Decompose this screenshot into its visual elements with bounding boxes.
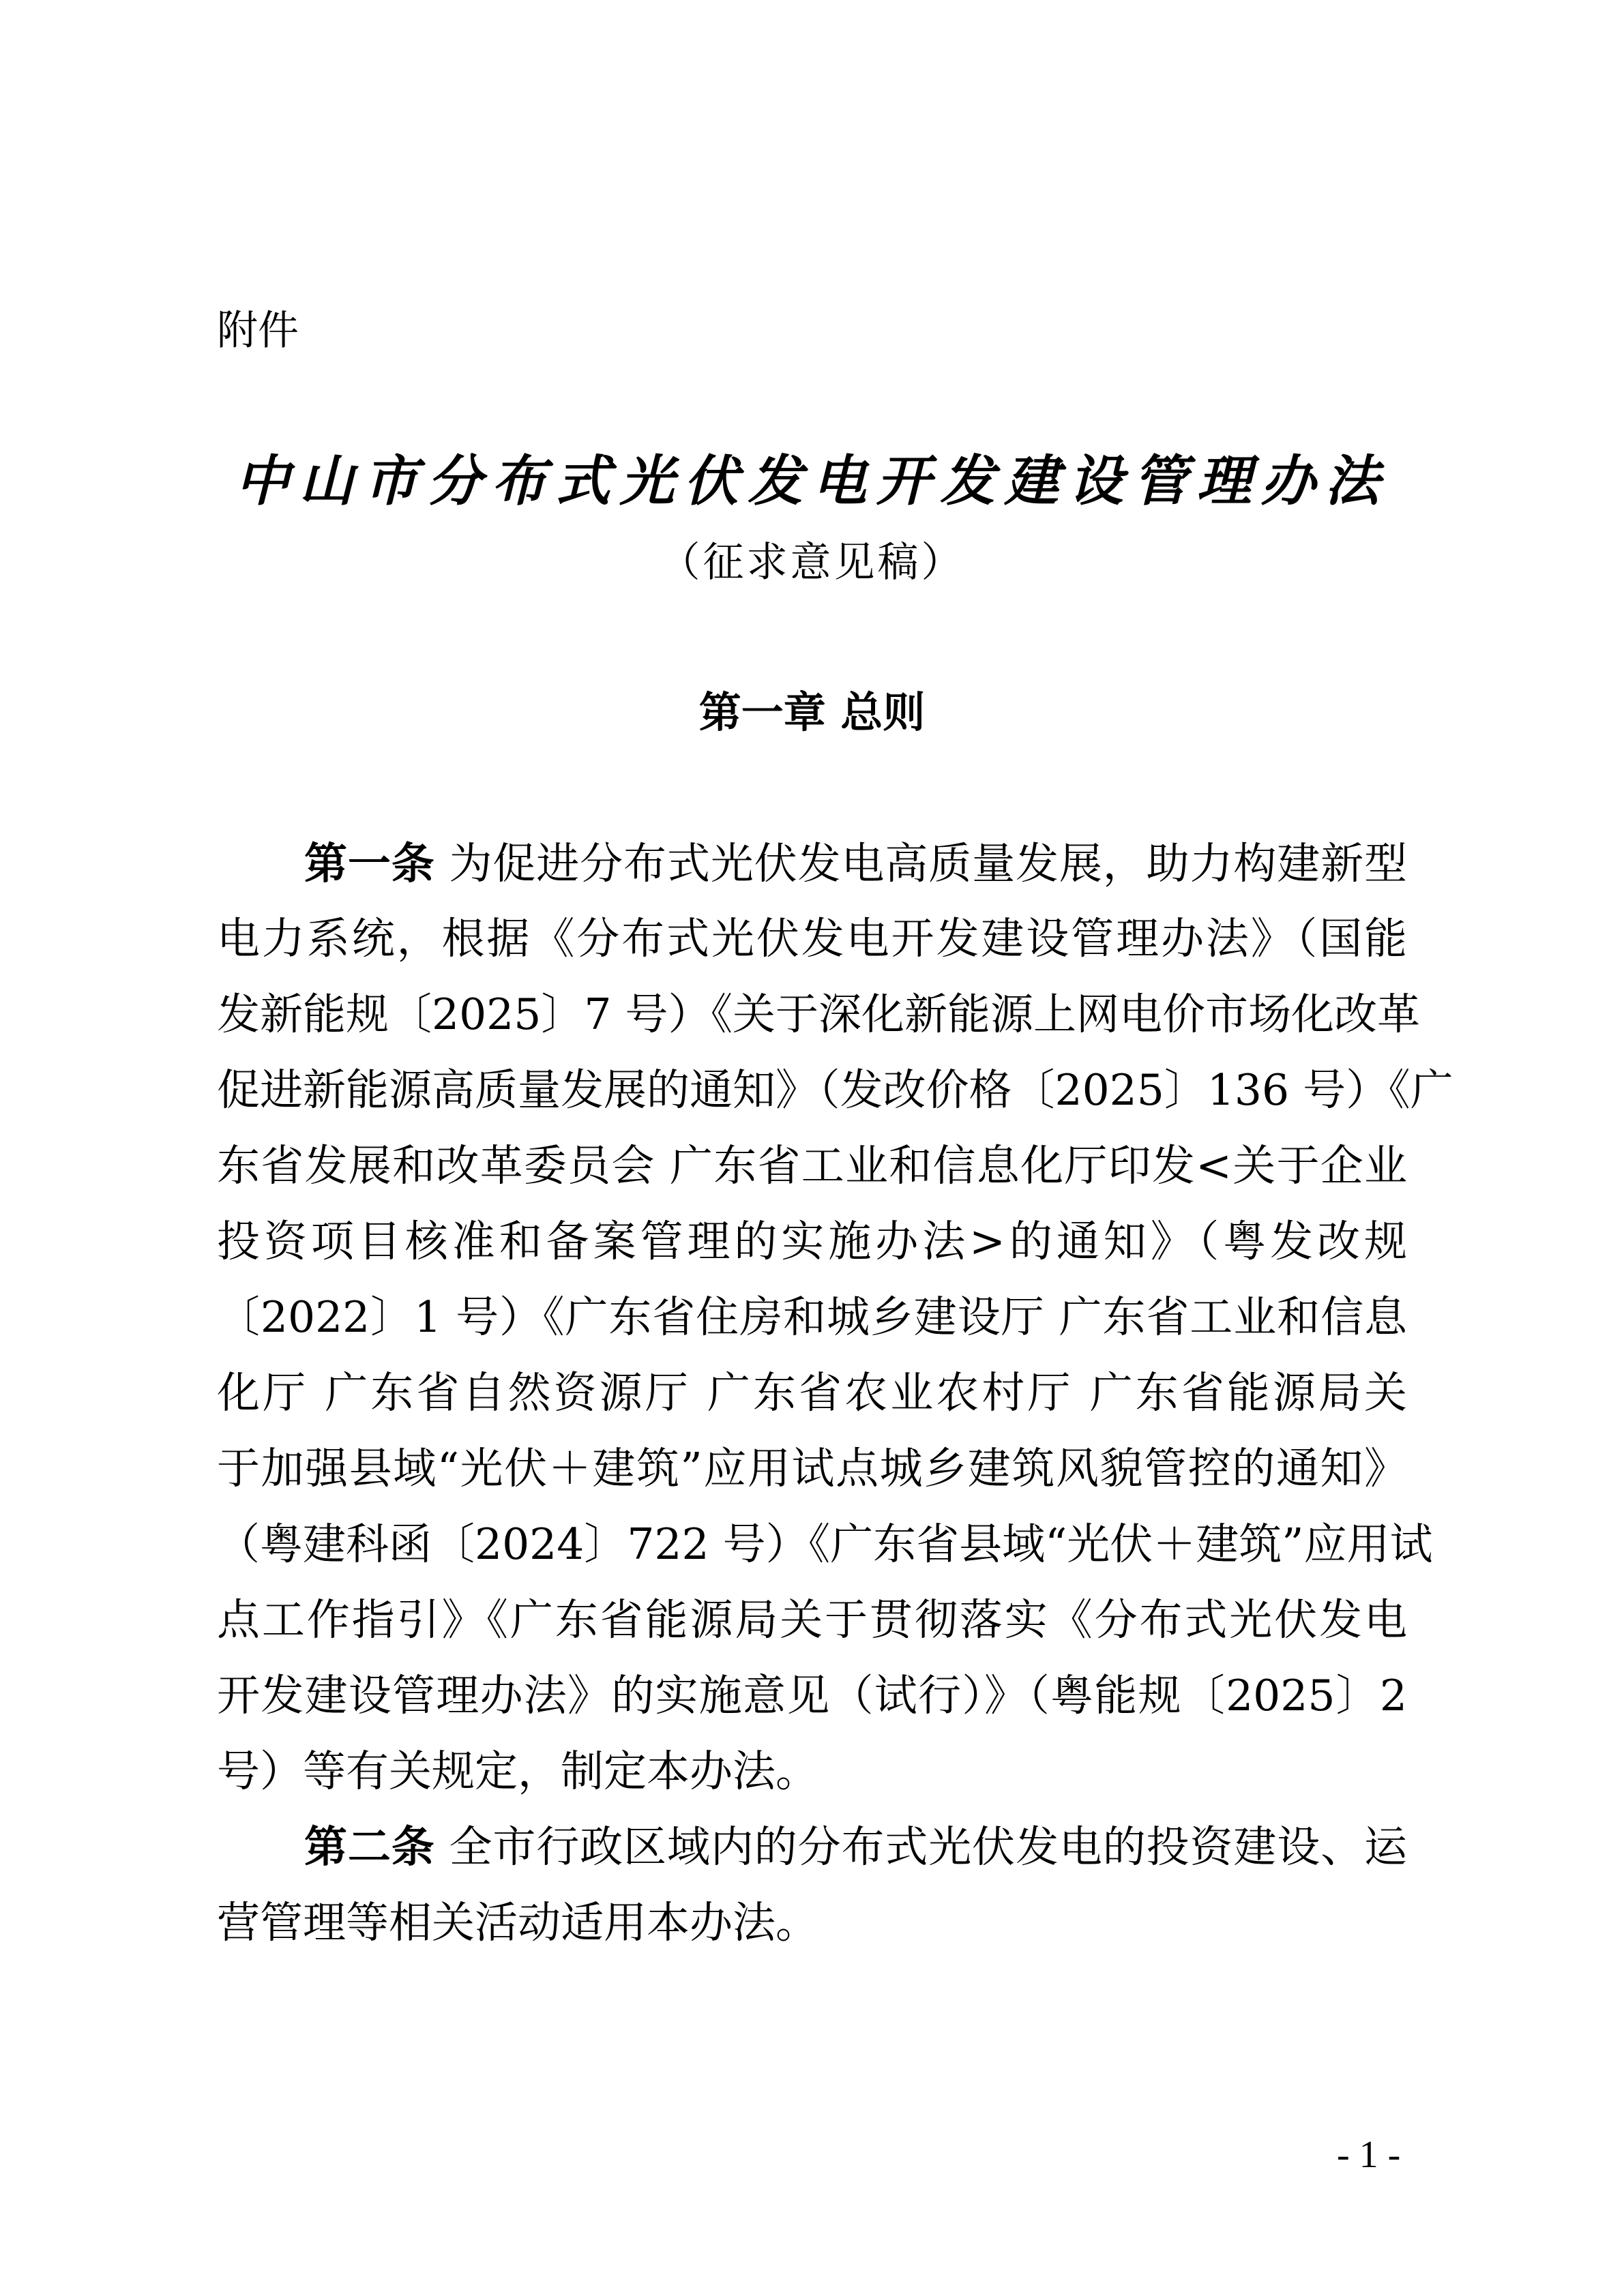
- article-number: 第一条: [304, 839, 435, 889]
- article-1-line: 第一条 为促进分布式光伏发电高质量发展，助力构建新型: [304, 837, 1407, 891]
- document-title: 中山市分布式光伏发电开发建设管理办法: [0, 447, 1624, 515]
- article-1-line: 东省发展和改革委员会 广东省工业和信息化厅印发<关于企业: [217, 1139, 1407, 1193]
- article-1-line: 发新能规〔2025〕7 号）《关于深化新能源上网电价市场化改革: [217, 987, 1407, 1042]
- article-1-line: 电力系统，根据《分布式光伏发电开发建设管理办法》（国能: [217, 912, 1407, 966]
- article-1-line: 点工作指引》《广东省能源局关于贯彻落实《分布式光伏发电: [217, 1593, 1407, 1648]
- document-page: 附件 中山市分布式光伏发电开发建设管理办法 （征求意见稿） 第一章 总则 第一条…: [0, 0, 1624, 2296]
- article-text: 全市行政区域内的分布式光伏发电的投资建设、运: [449, 1822, 1407, 1872]
- article-1-line: （粤建科函〔2024〕722 号）《广东省县域“光伏＋建筑”应用试: [217, 1517, 1407, 1572]
- page-number: - 1 -: [1337, 2131, 1400, 2179]
- article-1-line: 投资项目核准和备案管理的实施办法>的通知》（粤发改规: [217, 1214, 1407, 1269]
- article-2-line: 第二条 全市行政区域内的分布式光伏发电的投资建设、运: [304, 1820, 1407, 1875]
- article-1-line: 促进新能源高质量发展的通知》（发改价格〔2025〕136 号）《广: [217, 1063, 1407, 1118]
- article-1-line: 号）等有关规定，制定本办法。: [217, 1744, 1407, 1799]
- document-subtitle: （征求意见稿）: [0, 535, 1624, 590]
- article-1-line: 开发建设管理办法》的实施意见（试行）》（粤能规〔2025〕2: [217, 1669, 1407, 1723]
- attachment-label: 附件: [217, 303, 299, 358]
- article-number: 第二条: [304, 1822, 435, 1872]
- article-text: 为促进分布式光伏发电高质量发展，助力构建新型: [449, 839, 1407, 889]
- article-2-line: 营管理等相关活动适用本办法。: [217, 1896, 1407, 1950]
- article-1-line: 于加强县域“光伏＋建筑”应用试点城乡建筑风貌管控的通知》: [217, 1442, 1407, 1496]
- article-1-line: 化厅 广东省自然资源厅 广东省农业农村厅 广东省能源局关: [217, 1366, 1407, 1420]
- article-1-line: 〔2022〕1 号）《广东省住房和城乡建设厅 广东省工业和信息: [217, 1290, 1407, 1345]
- chapter-heading: 第一章 总则: [0, 685, 1624, 740]
